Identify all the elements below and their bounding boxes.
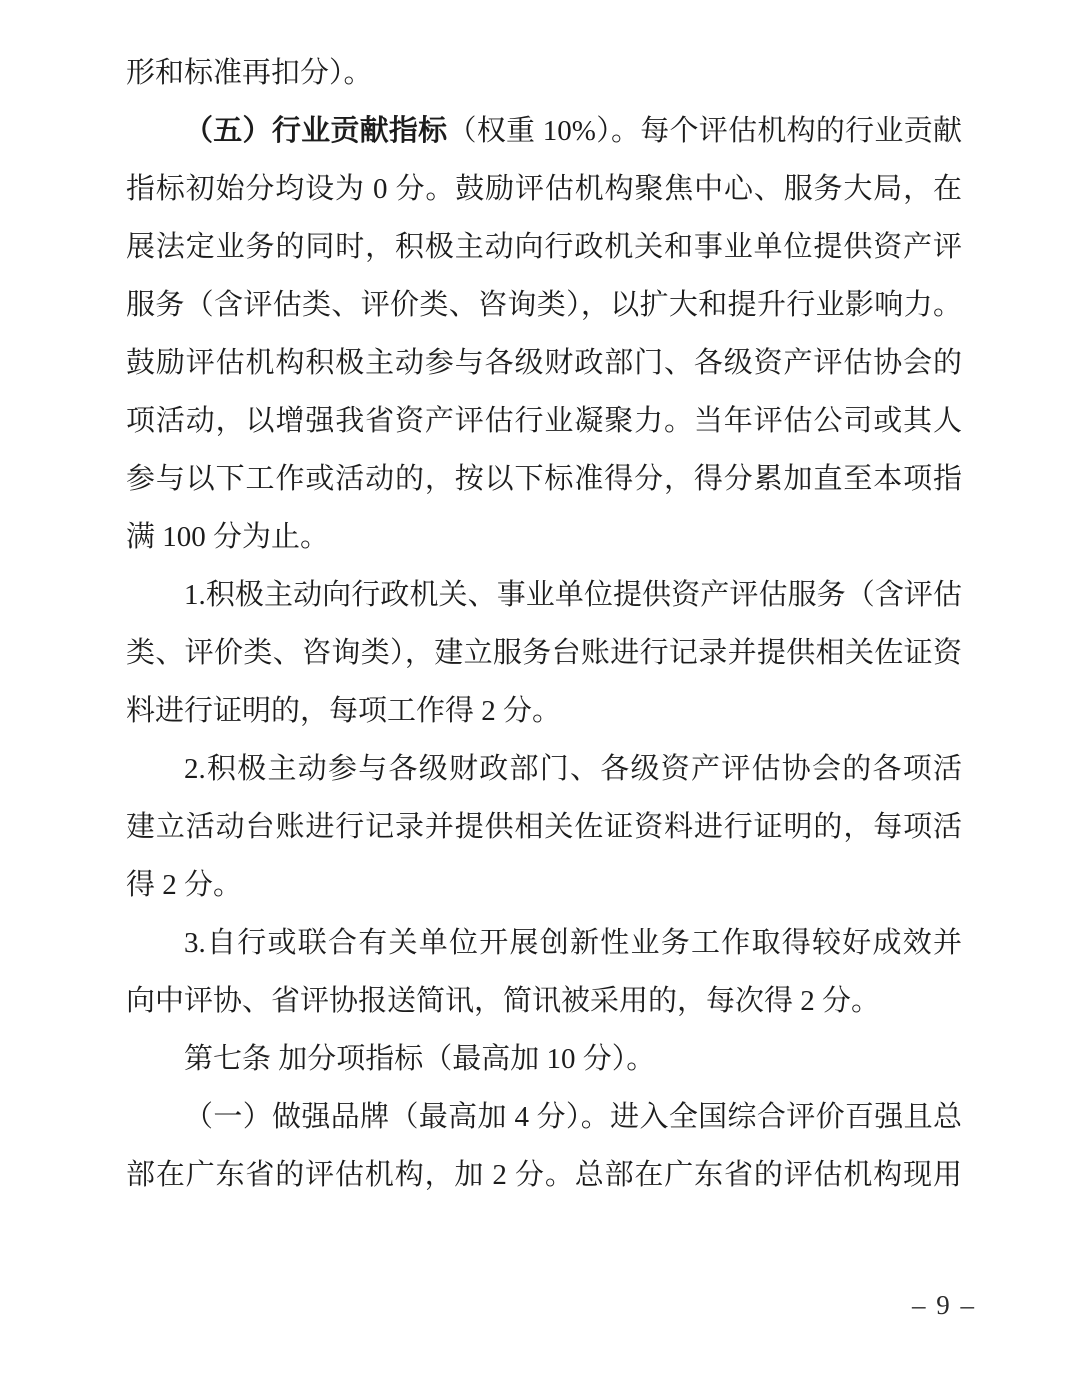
text-line: 形和标准再扣分）。: [126, 44, 962, 102]
page-number: – 9 –: [912, 1288, 976, 1322]
document-body: 形和标准再扣分）。（五）行业贡献指标（权重 10%）。每个评估机构的行业贡献指标…: [126, 44, 962, 1204]
paragraph: （五）行业贡献指标（权重 10%）。每个评估机构的行业贡献指标初始分均设为 0 …: [126, 102, 962, 566]
text-line: 满 100 分为止。: [126, 508, 962, 566]
paragraph: 2.积极主动参与各级财政部门、各级资产评估协会的各项活动，建立活动台账进行记录并…: [126, 740, 962, 914]
text-line: 第七条 加分项指标（最高加 10 分）。: [126, 1030, 962, 1088]
text-line: 料进行证明的，每项工作得 2 分。: [126, 682, 962, 740]
text-line: 得 2 分。: [126, 856, 962, 914]
paragraph: 3.自行或联合有关单位开展创新性业务工作取得较好成效并向中评协、省评协报送简讯，…: [126, 914, 962, 1030]
text-line: （五）行业贡献指标（权重 10%）。每个评估机构的行业贡献: [126, 102, 962, 160]
text-line: 鼓励评估机构积极主动参与各级财政部门、各级资产评估协会的各: [126, 334, 962, 392]
text-line: 建立活动台账进行记录并提供相关佐证资料进行证明的，每项活动: [126, 798, 962, 856]
text-line: 2.积极主动参与各级财政部门、各级资产评估协会的各项活动，: [126, 740, 962, 798]
text-line: 向中评协、省评协报送简讯，简讯被采用的，每次得 2 分。: [126, 972, 962, 1030]
paragraph: 1.积极主动向行政机关、事业单位提供资产评估服务（含评估类、评价类、咨询类），建…: [126, 566, 962, 740]
text-line: 3.自行或联合有关单位开展创新性业务工作取得较好成效并: [126, 914, 962, 972]
text-line: 类、评价类、咨询类），建立服务台账进行记录并提供相关佐证资: [126, 624, 962, 682]
text-line: （一）做强品牌（最高加 4 分）。进入全国综合评价百强且总: [126, 1088, 962, 1146]
document-page: 形和标准再扣分）。（五）行业贡献指标（权重 10%）。每个评估机构的行业贡献指标…: [0, 0, 1080, 1399]
text-line: 项活动，以增强我省资产评估行业凝聚力。当年评估公司或其人员: [126, 392, 962, 450]
text-line: 服务（含评估类、评价类、咨询类），以扩大和提升行业影响力。: [126, 276, 962, 334]
text-line: 部在广东省的评估机构，加 2 分。总部在广东省的评估机构现用字: [126, 1146, 962, 1204]
text-line: 参与以下工作或活动的，按以下标准得分，得分累加直至本项指标: [126, 450, 962, 508]
text-line: 指标初始分均设为 0 分。鼓励评估机构聚焦中心、服务大局，在开: [126, 160, 962, 218]
paragraph: 形和标准再扣分）。: [126, 44, 962, 102]
text-line: 1.积极主动向行政机关、事业单位提供资产评估服务（含评估: [126, 566, 962, 624]
bold-heading: （五）行业贡献指标: [184, 115, 447, 147]
text-line: 展法定业务的同时，积极主动向行政机关和事业单位提供资产评估: [126, 218, 962, 276]
paragraph: 第七条 加分项指标（最高加 10 分）。: [126, 1030, 962, 1088]
paragraph: （一）做强品牌（最高加 4 分）。进入全国综合评价百强且总部在广东省的评估机构，…: [126, 1088, 962, 1204]
